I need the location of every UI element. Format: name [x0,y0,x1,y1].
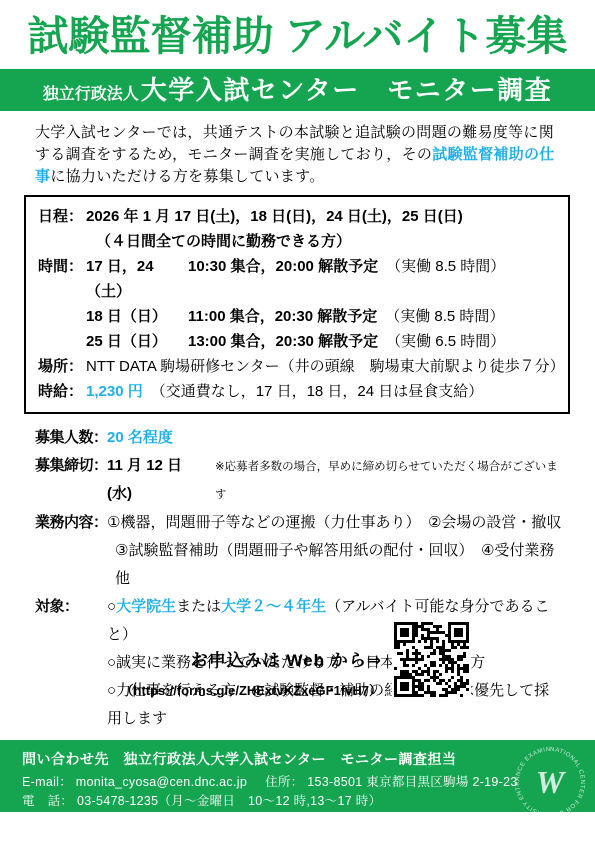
time-detail-2: 11:00 集合，20:30 解散予定 [188,304,377,329]
wage-label: 時給： [38,379,86,404]
schedule-time-row-1: 時間： 17 日，24（土） 10:30 集合，20:00 解散予定 （実働 8… [38,254,558,304]
intro-paragraph: 大学入試センターでは，共通テストの本試験と追試験の問題の難易度等に関する調査をす… [35,122,562,188]
email-label: E-mail： [22,775,76,789]
address-label: 住所： [265,775,307,789]
org-name: 大学入試センター モニター調査 [141,69,552,111]
target-undergrad-years: 大学２～４年生 [221,598,326,615]
org-banner: 独立行政法人 大学入試センター モニター調査 [0,69,595,111]
schedule-wage-row: 時給： 1,230 円 （交通費なし，17 日，18 日，24 日は昼食支給） [38,379,558,404]
tel-value: 03-5478-1235（月～金曜日 10～12 時,13～17 時） [77,794,381,808]
schedule-place-row: 場所： NTT DATA 駒場研修センター（井の頭線 駒場東大前駅より徒歩７分） [38,354,558,379]
schedule-time-row-2: 18 日（日） 11:00 集合，20:30 解散予定 （実働 8.5 時間） [38,304,558,329]
count-row: 募集人数： 20 名程度 [35,424,562,452]
org-prefix: 独立行政法人 [43,74,139,116]
target-label: 対象： [35,593,107,621]
target-grad-students: 大学院生 [116,598,176,615]
date-label: 日程： [38,204,86,229]
date-note: （４日間全ての時間に勤務できる方） [96,229,351,254]
dnc-logo-icon: NATIONAL CENTER FOR UNIVERSITY ENTRANCE … [510,742,590,822]
duties-line-1: ①機器，問題冊子等などの運搬（力仕事あり） ②会場の設営・撤収 [107,509,561,537]
time-days-1: 17 日，24（土） [86,254,188,304]
count-label: 募集人数： [35,424,107,452]
address-value: 153-8501 東京都目黒区駒場 2-19-23 [307,775,517,789]
time-days-3: 25 日（日） [86,329,188,354]
flyer-page: 試験監督補助 アルバイト募集 独立行政法人 大学入試センター モニター調査 大学… [0,0,595,842]
duties-line-2: ③試験監督補助（問題冊子や解答用紙の配付・回収） ④受付業務 他 [107,537,562,593]
wage-value: 1,230 円 [86,379,143,404]
qr-code [392,620,471,699]
footer-contact-bar: 問い合わせ先 独立行政法人大学入試センター モニター調査担当 E-mail： m… [0,740,595,812]
wage-note: （交通費なし，17 日，18 日，24 日は昼食支給） [151,379,484,404]
email-value: monita_cyosa@cen.dnc.ac.jp [76,775,247,789]
apply-label: お申込みは Web から⇒ [121,646,383,671]
intro-text-after: に協力いただける方を募集しています。 [50,168,324,185]
target-bullet: ○ [107,598,116,615]
target-or: または [176,598,221,615]
logo-monogram: W [536,764,567,800]
deadline-label: 募集締切： [35,452,107,480]
time-label: 時間： [38,254,86,279]
apply-url-link[interactable]: （https://forms.gle/ZHExtvKZxeGF1fvH7） [121,680,383,699]
deadline-value: 11 月 12 日(水) [107,452,205,508]
schedule-date-note-row: （４日間全ての時間に勤務できる方） [38,229,558,254]
time-detail-1: 10:30 集合，20:00 解散予定 [188,254,378,279]
time-note-3: （実働 6.5 時間） [386,329,505,354]
time-note-1: （実働 8.5 時間） [386,254,505,279]
time-detail-3: 13:00 集合，20:30 解散予定 [188,329,378,354]
time-note-2: （実働 8.5 時間） [385,304,504,329]
duties-label: 業務内容： [35,509,107,537]
count-value: 20 名程度 [107,424,173,452]
schedule-box: 日程： 2026 年 1 月 17 日(土)，18 日(日)，24 日(土)，2… [24,195,570,414]
duties-row-2: ③試験監督補助（問題冊子や解答用紙の配付・回収） ④受付業務 他 [35,537,562,593]
time-days-2: 18 日（日） [86,304,188,329]
duties-row-1: 業務内容： ①機器，問題冊子等などの運搬（力仕事あり） ②会場の設営・撤収 [35,509,562,537]
details-section: 募集人数： 20 名程度 募集締切： 11 月 12 日(水) ※応募者多数の場… [35,424,562,763]
schedule-time-row-3: 25 日（日） 13:00 集合，20:30 解散予定 （実働 6.5 時間） [38,329,558,354]
page-title: 試験監督補助 アルバイト募集 [0,0,595,60]
deadline-row: 募集締切： 11 月 12 日(水) ※応募者多数の場合，早めに締め切らせていた… [35,452,562,509]
schedule-date-row: 日程： 2026 年 1 月 17 日(土)，18 日(日)，24 日(土)，2… [38,204,558,229]
deadline-note: ※応募者多数の場合，早めに締め切らせていただく場合がございます [215,453,562,509]
apply-section: お申込みは Web から⇒ （https://forms.gle/ZHExtvK… [121,620,472,699]
place-label: 場所： [38,354,86,379]
place-value: NTT DATA 駒場研修センター（井の頭線 駒場東大前駅より徒歩７分） [86,354,558,379]
tel-label: 電 話： [22,794,77,808]
date-value: 2026 年 1 月 17 日(土)，18 日(日)，24 日(土)，25 日(… [86,204,463,229]
apply-text-block: お申込みは Web から⇒ （https://forms.gle/ZHExtvK… [121,646,383,699]
